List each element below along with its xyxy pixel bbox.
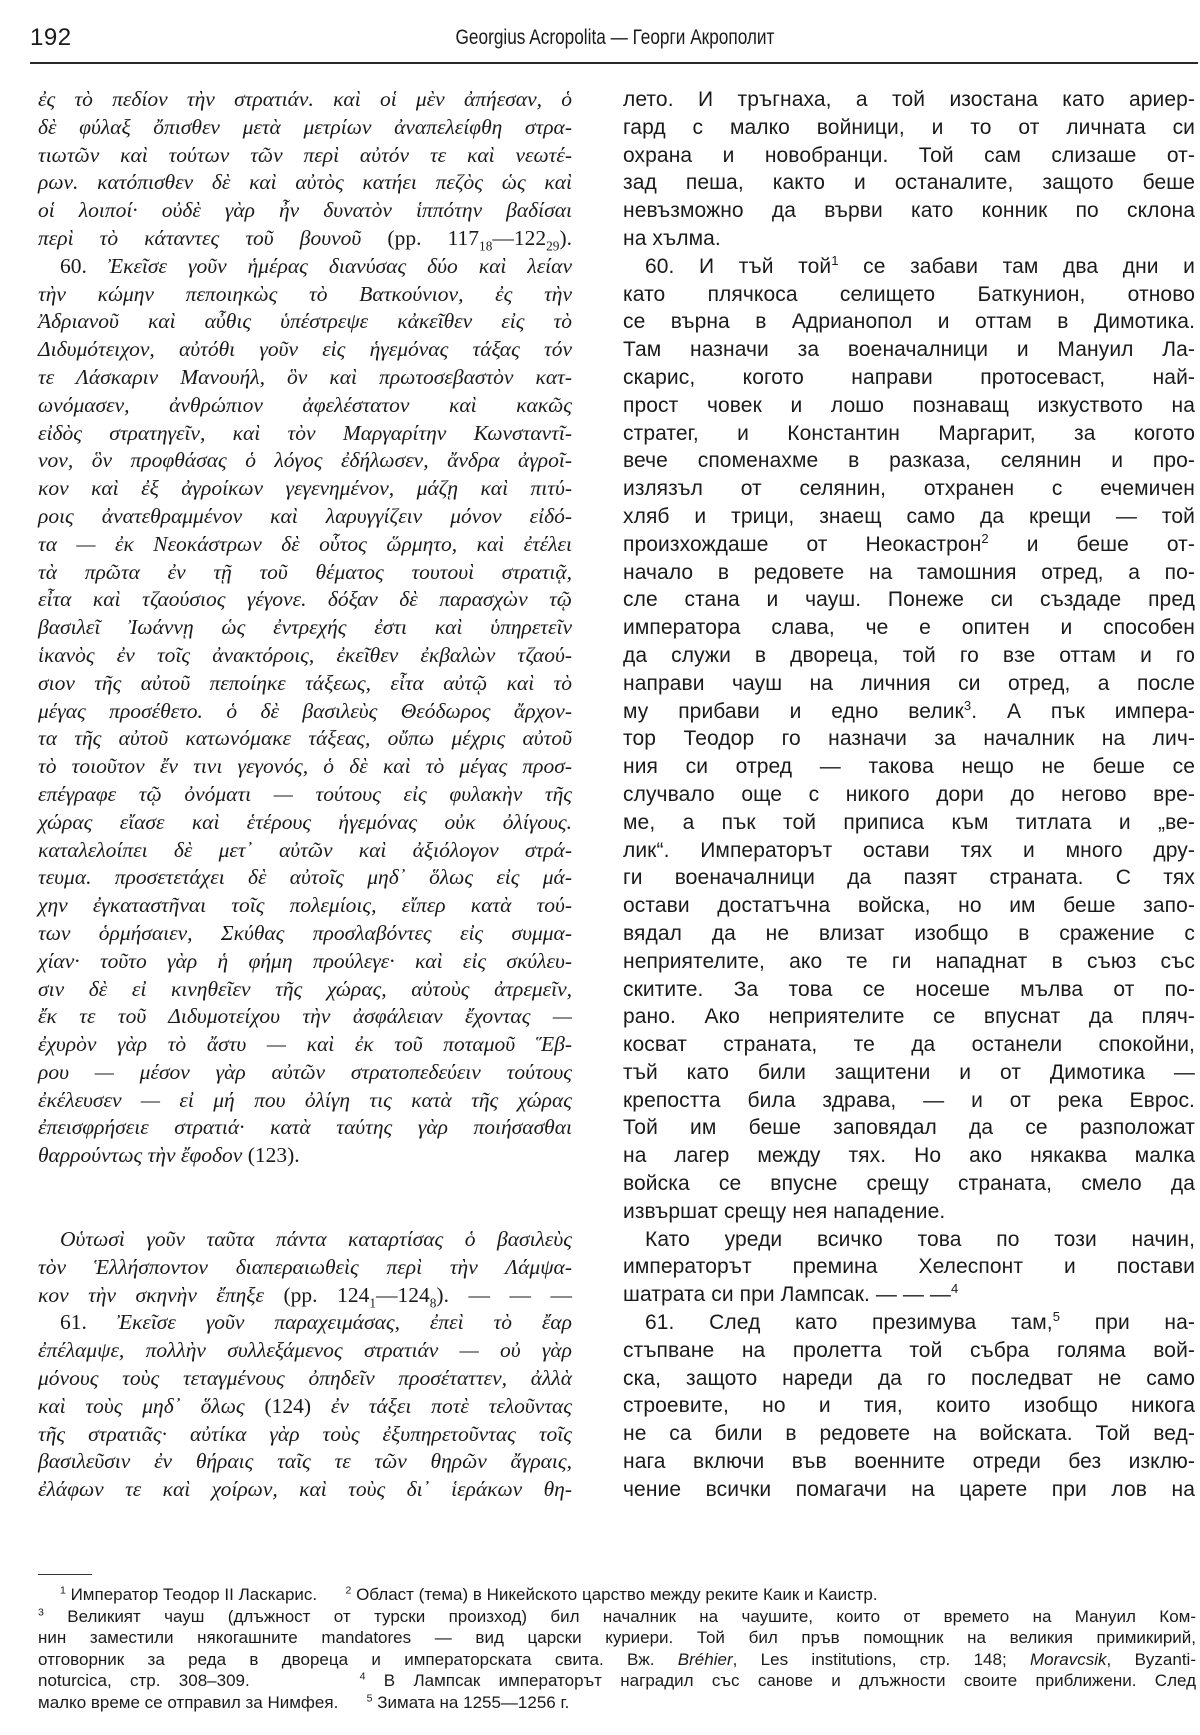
text-line: κον καὶ ἐξ ἀγροίκων γεγενημένον, μάζῃ κα…	[38, 475, 572, 503]
footnotes: 1 Император Теодор II Ласкарис. 2 Област…	[38, 1584, 1196, 1714]
text-line: не са били в редовете на войската. Той в…	[623, 1420, 1195, 1448]
page-reference: (pp. 11718—12229).	[387, 226, 572, 250]
text-line: вече споменахме в разказа, селянин и про…	[623, 447, 1195, 475]
text-line: сле стана и чауш. Понеже си създаде пред	[623, 586, 1195, 614]
text-line: косват страната, те да останели спокойни…	[623, 1031, 1195, 1059]
text-line: рано. Ако неприятелите се впуснат да пля…	[623, 1003, 1195, 1031]
text-line: τῆς στρατιᾶς· αὐτίκα γὰρ τοὺς ἐξυπηρετοῦ…	[38, 1421, 572, 1449]
paragraph-61-start: 61. След като презимува там,5 при на-	[623, 1309, 1195, 1337]
text-line: скитите. За това се носеше мълва от по-	[623, 976, 1195, 1004]
paragraph-61-start: 61. Ἐκεῖσε γοῦν παραχειμάσας, ἐπεὶ τὸ ἔα…	[38, 1309, 572, 1337]
paragraph-60-start: 60. И тъй той1 се забави там два дни и	[623, 253, 1195, 281]
text-line: δὲ φύλαξ ὄπισθεν μετὰ μετρίων ἀναπελείφθ…	[38, 114, 572, 142]
text-line: ме, а пък той приписа към титлата и „ве-	[623, 809, 1195, 837]
text-line: стъпване на пролетта той събра голяма во…	[623, 1337, 1195, 1365]
greek-text-column: ἐς τὸ πεδίον τὴν στρατιάν. καὶ οἱ μὲν ἀπ…	[38, 86, 572, 1504]
text-line: επέγραφε τῷ ὀνόματι — τούτους εἰς φυλακὴ…	[38, 781, 572, 809]
summary-line: шатрата си при Лампсак. — — —4	[623, 1281, 1195, 1309]
text-line: ἐχυρὸν γὰρ τὸ ἄστυ — καὶ ἐκ τοῦ ποταμοῦ …	[38, 1031, 572, 1059]
footnote-marker[interactable]: 2	[981, 531, 988, 546]
summary-line: Οὑτωσὶ γοῦν ταῦτα πάντα καταρτίσας ὁ βασ…	[38, 1226, 572, 1254]
text-line: οἱ λοιποί· οὐδὲ γὰρ ἦν δυνατὸν ἱππότην β…	[38, 197, 572, 225]
footnote-marker[interactable]: 4	[951, 1281, 958, 1296]
text-line: невъзможно да върви като конник по склон…	[623, 197, 1195, 225]
text-line: остави достатъчна войска, но им беше зап…	[623, 892, 1195, 920]
text-line: ρου — μέσον γὰρ αὐτῶν στρατοπεδεύειν τού…	[38, 1059, 572, 1087]
text-line: ρων. κατόπισθεν δὲ καὶ αὐτὸς κατήει πεζὸ…	[38, 169, 572, 197]
text-line: тъй като били защитени и от Димотика —	[623, 1059, 1195, 1087]
page-number: 192	[30, 24, 72, 52]
text-line: гард с малко войници, и то от личната си	[623, 114, 1195, 142]
text-line: εἶτα καὶ τζαούσιος γέγονε. δόξαν δὲ παρα…	[38, 586, 572, 614]
text-line: зад пеша, както и останалите, защото беш…	[623, 169, 1195, 197]
text-line: хляб и трици, знаещ само да крещи — той	[623, 503, 1195, 531]
text-line: τε Λάσκαριν Μανουήλ, ὃν καὶ πρωτοσεβαστὸ…	[38, 364, 572, 392]
text-line: ἐπέλαμψε, πολλὴν συλλεξάμενος στρατιάν —…	[38, 1337, 572, 1365]
text-line: τα — ἐκ Νεοκάστρων δὲ οὗτος ὥρμητο, καὶ …	[38, 531, 572, 559]
author-name: Moravcsik	[1030, 1650, 1107, 1669]
text-line: случвало още с никого дори до негово вре…	[623, 781, 1195, 809]
text-line: скарис, когото направи протосеваст, най-	[623, 364, 1195, 392]
text-line: περὶ τὸ κάταντες τοῦ βουνοῦ (pp. 11718—1…	[38, 225, 572, 253]
text-line: ска, защото нареди да го последват не са…	[623, 1365, 1195, 1393]
section-gap	[38, 1170, 572, 1226]
text-line: стратег, и Константин Маргарит, за когот…	[623, 420, 1195, 448]
author-name: Bréhier	[678, 1650, 733, 1669]
text-line: σιον τῆς αὐτοῦ πεποίηκε τάξεως, εἶτα αὐτ…	[38, 670, 572, 698]
text-line: ἐλάφων τε καὶ χοίρων, καὶ τοὺς δι᾿ ἱεράκ…	[38, 1476, 572, 1504]
text-line: βασιλεῦσιν ἐν θήραις ταῖς τε τῶν θηρῶν ἄ…	[38, 1448, 572, 1476]
text-line: ἐπεισφρήσειε στρατιά· κατὰ ταύτης γὰρ πο…	[38, 1114, 572, 1142]
text-line: лик“. Императорът остави тях и много дру…	[623, 837, 1195, 865]
text-line: крепостта била здрава, — и от река Еврос…	[623, 1087, 1195, 1115]
page-reference: (124)	[264, 1394, 311, 1418]
text-line: μέγας προσέθετο. ὁ δὲ βασιλεὺς Θεόδωρος …	[38, 698, 572, 726]
text-line: τιωτῶν καὶ τούτων τῶν περὶ αὐτόν τε καὶ …	[38, 142, 572, 170]
footnote-marker[interactable]: 5	[1053, 1309, 1060, 1324]
section-number: 61.	[60, 1310, 87, 1334]
text-line: на хълма.	[623, 225, 1195, 253]
summary-line: κον τὴν σκηνὴν ἔπηξε (pp. 1241—1248). — …	[38, 1282, 572, 1310]
text-line: Διδυμότειχον, αὐτόθι γοῦν εἰς ἡγεμόνας τ…	[38, 336, 572, 364]
text-line: ния си отред — такова нещо не беше се	[623, 753, 1195, 781]
text-line: χίαν· τοῦτο γὰρ ἡ φήμη προύλεγε· καὶ εἰς…	[38, 948, 572, 976]
text-line: начало в редовете на тамошния отред, а п…	[623, 559, 1195, 587]
text-line: ги военачалници да пазят страната. С тях	[623, 864, 1195, 892]
text-line: τευμα. προσετετάχει δὲ αὐτοῖς μηδ᾿ ὅλως …	[38, 864, 572, 892]
text-line: Той им беше заповядал да се разположат	[623, 1114, 1195, 1142]
text-line: Там назначи за военачалници и Мануил Ла-	[623, 336, 1195, 364]
footnote-line: отговорник за реда в двореца и император…	[38, 1649, 1196, 1671]
bulgarian-text-column: лето. И тръгнаха, а той изостана като ар…	[623, 86, 1195, 1504]
footnote-marker[interactable]: 1	[831, 253, 838, 268]
footnote-line: 3 Великият чауш (длъжност от турски прои…	[38, 1606, 1196, 1628]
footnote-3: Великият чауш (длъжност от турски произх…	[44, 1607, 1196, 1626]
text-line: Ἀδριανοῦ καὶ αὖθις ὑπέστρεψε κἀκεῖθεν εἰ…	[38, 308, 572, 336]
text-line: τὰ πρῶτα ἐν τῇ τοῦ θέματος τουτουὶ στρατ…	[38, 559, 572, 587]
footnote-2: Област (тема) в Никейското царство между…	[351, 1585, 877, 1604]
footnote-line: малко време се отправил за Нимфея. 5 Зим…	[38, 1692, 1196, 1714]
text-line: χην ἐγκαταστῆναι τοῖς πολεμίοις, εἴπερ κ…	[38, 892, 572, 920]
page-header: 192 Georgius Acropolita — Георги Акропол…	[30, 18, 1200, 60]
text-line: извършат срещу нея нападение.	[623, 1198, 1195, 1226]
footnote-5: Зимата на 1255—1256 г.	[373, 1693, 570, 1712]
text-line: нага включи във военните отреди без изкл…	[623, 1448, 1195, 1476]
text-line: като плячкоса селището Баткунион, отново	[623, 281, 1195, 309]
text-line: на лагер между тях. Но ако някаква малка	[623, 1142, 1195, 1170]
footnote-1: Император Теодор II Ласкарис.	[66, 1585, 317, 1604]
summary-line: Като уреди всичко това по този начин,	[623, 1226, 1195, 1254]
text-line: да служи в двореца, той го взе оттам и г…	[623, 642, 1195, 670]
text-line: излязъл от селянин, отхранен с ечемичен	[623, 475, 1195, 503]
text-line: неприятелите, ако те ги нападнат в съюз …	[623, 948, 1195, 976]
text-line: τὴν κώμην πεποιηκὼς τὸ Βατκούνιον, ἐς τὴ…	[38, 281, 572, 309]
footnote-4: В Лампсак императорът наградил със санов…	[365, 1671, 1196, 1690]
section-number: 60.	[60, 254, 87, 278]
paragraph-60-start: 60. Ἐκεῖσε γοῦν ἡμέρας διανύσας δύο καὶ …	[38, 253, 572, 281]
text-line: се върна в Адрианопол и оттам в Димотика…	[623, 308, 1195, 336]
text-line: τὸ τοιοῦτον ἔν τινι γεγονός, ὁ δὲ καὶ τὸ…	[38, 753, 572, 781]
text-line: войска се впусне срещу страната, смело д…	[623, 1170, 1195, 1198]
text-line: ροις ἀνατεθραμμένον καὶ λαρυγγίζειν μόνο…	[38, 503, 572, 531]
text-line: ἐς τὸ πεδίον τὴν στρατιάν. καὶ οἱ μὲν ἀπ…	[38, 86, 572, 114]
text-line: των ὁρμήσαιεν, Σκύθας προσλαβόντες εἰς σ…	[38, 920, 572, 948]
text-line: ωνόμασεν, ἀνθρώπιον ἀφελέστατον καὶ κακῶ…	[38, 392, 572, 420]
text-line: му прибави и едно велик3. А пък импера-	[623, 698, 1195, 726]
text-line: охрана и новобранци. Той сам слизаше от-	[623, 142, 1195, 170]
text-line: направи чауш на личния си отред, а после	[623, 670, 1195, 698]
text-line: тор Теодор го назначи за началник на лич…	[623, 725, 1195, 753]
text-line: θαρρούντως τὴν ἔφοδον (123).	[38, 1142, 572, 1170]
text-line: σιν δὲ εἰ κινηθεῖεν τῆς χώρας, αὐτοὺς ἀτ…	[38, 976, 572, 1004]
text-line: чение всички помагачи на царете при лов …	[623, 1476, 1195, 1504]
page-reference: (pp. 1241—1248). — — —	[284, 1283, 572, 1307]
page-reference: (123).	[248, 1143, 300, 1167]
text-line: εἰδὸς στρατηγεῖν, καὶ τὸν Μαργαρίτην Κων…	[38, 420, 572, 448]
text-line: императора слава, че е опитен и способен	[623, 614, 1195, 642]
text-line: прост човек и лошо познаващ изкуството н…	[623, 392, 1195, 420]
text-line: ἔκ τε τοῦ Διδυμοτείχου τὴν ἀσφάλειαν ἔχο…	[38, 1003, 572, 1031]
text-line: καὶ τοὺς μηδ᾿ ὅλως (124) ἐν τάξει ποτὲ τ…	[38, 1393, 572, 1421]
text-line: μόνους τοὺς τεταγμένους ὀπηδεῖν προσέτατ…	[38, 1365, 572, 1393]
running-title: Georgius Acropolita — Георги Акрополит	[135, 26, 1094, 50]
footnote-line: нин заместили някогашните mandatores — в…	[38, 1627, 1196, 1649]
text-line: вядал да не влизат изобщо в сражение с	[623, 920, 1195, 948]
footnote-line: 1 Император Теодор II Ласкарис. 2 Област…	[38, 1584, 1196, 1606]
footnote-rule	[38, 1574, 92, 1575]
text-line: νον, ὃν προφθάσας ὁ λόγος ἐδήλωσεν, ἄνδρ…	[38, 447, 572, 475]
summary-line: императорът премина Хелеспонт и постави	[623, 1253, 1195, 1281]
text-line: τα τῆς αὐτοῦ κατωνόμακε τάξεας, οὔπω μέχ…	[38, 725, 572, 753]
text-line: строевите, но и тия, които изобщо никога	[623, 1392, 1195, 1420]
header-rule	[30, 62, 1198, 64]
footnote-line: noturcica, стр. 308–309. 4 В Лампсак имп…	[38, 1670, 1196, 1692]
text-line: βασιλεῖ Ἰωάννῃ ὡς ἐντρεχής ἐστι καὶ ὑπηρ…	[38, 614, 572, 642]
text-line: ἱκανὸς ἐν τοῖς ἀνακτόροις, ἐκεῖθεν ἐκβαλ…	[38, 642, 572, 670]
text-line: ἐκέλευσεν — εἰ μή που ὀλίγη τις κατὰ τῆς…	[38, 1087, 572, 1115]
summary-line: τὸν Ἑλλήσποντον διαπεραιωθεὶς περὶ τὴν Λ…	[38, 1254, 572, 1282]
text-line: произхождаше от Неокастрон2 и беше от-	[623, 531, 1195, 559]
text-line: καταλελοίπει δὲ μετ᾿ αὐτῶν καὶ ἀξιόλογον…	[38, 837, 572, 865]
text-line: лето. И тръгнаха, а той изостана като ар…	[623, 86, 1195, 114]
text-line: χώρας εἴασε καὶ ἑτέρους ἡγεμόνας οὐκ ὀλί…	[38, 809, 572, 837]
